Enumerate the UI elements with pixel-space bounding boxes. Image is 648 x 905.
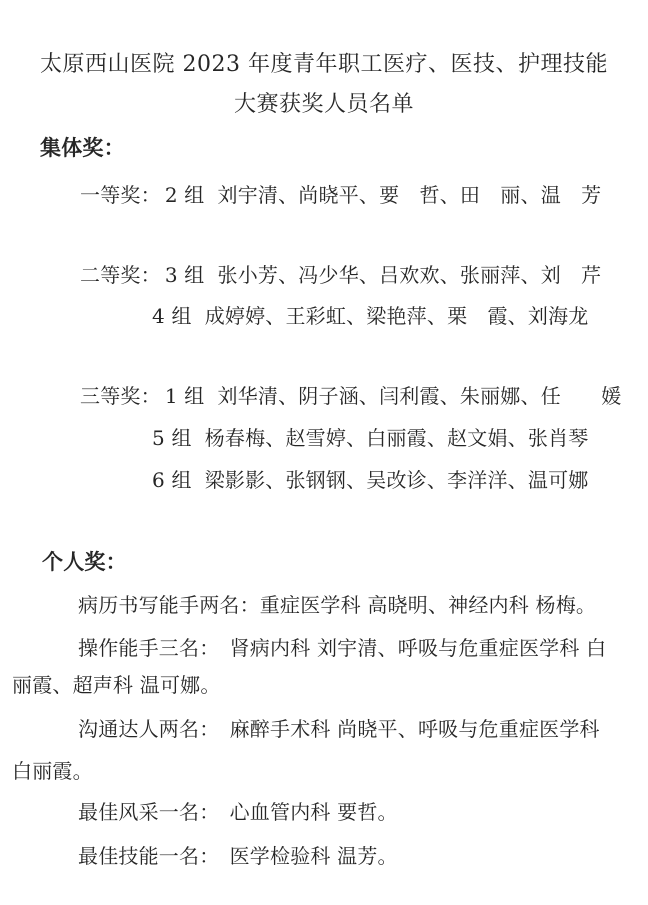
group-number: 5 组 xyxy=(152,426,192,450)
collective-award-row: 6 组梁影影、张钢钢、吴改诊、李洋洋、温可娜 xyxy=(152,467,589,493)
group-number: 4 组 xyxy=(152,304,192,328)
winner-names: 张小芳、冯少华、吕欢欢、张丽萍、刘 芹 xyxy=(218,263,602,287)
collective-award-row: 5 组杨春梅、赵雪婷、白丽霞、赵文娟、张肖琴 xyxy=(152,425,589,451)
group-number: 6 组 xyxy=(152,468,192,492)
collective-award-row: 一等奖：2 组刘宇清、尚晓平、要 哲、田 丽、温 芳 xyxy=(80,182,601,208)
winner-names: 刘华清、阴子涵、闫利霞、朱丽娜、任 媛 xyxy=(218,384,622,408)
document-title-line2: 大赛获奖人员名单 xyxy=(0,92,648,118)
group-number: 1 组 xyxy=(165,384,205,408)
document-title-line1: 太原西山医院 2023 年度青年职工医疗、医技、护理技能 xyxy=(0,52,648,78)
individual-award-line: 病历书写能手两名：重症医学科 高晓明、神经内科 杨梅。 xyxy=(78,592,596,618)
section-heading-individual: 个人奖： xyxy=(42,549,127,575)
collective-award-row: 二等奖：3 组张小芳、冯少华、吕欢欢、张丽萍、刘 芹 xyxy=(80,262,601,288)
individual-award-line: 最佳技能一名： 医学检验科 温芳。 xyxy=(78,843,398,869)
winner-names: 杨春梅、赵雪婷、白丽霞、赵文娟、张肖琴 xyxy=(205,426,589,450)
individual-award-line: 沟通达人两名： 麻醉手术科 尚晓平、呼吸与危重症医学科 xyxy=(78,716,600,742)
winner-names: 成婷婷、王彩虹、梁艳萍、栗 霞、刘海龙 xyxy=(205,304,589,328)
individual-award-line: 操作能手三名： 肾病内科 刘宇清、呼吸与危重症医学科 白 xyxy=(78,635,606,661)
winner-names: 梁影影、张钢钢、吴改诊、李洋洋、温可娜 xyxy=(205,468,589,492)
individual-award-line-wrap: 丽霞、超声科 温可娜。 xyxy=(12,672,221,698)
winner-names: 刘宇清、尚晓平、要 哲、田 丽、温 芳 xyxy=(218,183,602,207)
individual-award-line: 最佳风采一名： 心血管内科 要哲。 xyxy=(78,799,398,825)
document-page: 太原西山医院 2023 年度青年职工医疗、医技、护理技能 大赛获奖人员名单 集体… xyxy=(0,0,648,905)
prize-level-label: 一等奖： xyxy=(80,183,161,207)
collective-award-row: 三等奖：1 组刘华清、阴子涵、闫利霞、朱丽娜、任 媛 xyxy=(80,383,622,409)
group-number: 3 组 xyxy=(165,263,205,287)
section-heading-collective: 集体奖： xyxy=(40,135,125,161)
prize-level-label: 二等奖： xyxy=(80,263,161,287)
individual-award-line-wrap: 白丽霞。 xyxy=(12,758,93,784)
prize-level-label: 三等奖： xyxy=(80,384,161,408)
group-number: 2 组 xyxy=(165,183,205,207)
collective-award-row: 4 组成婷婷、王彩虹、梁艳萍、栗 霞、刘海龙 xyxy=(152,303,589,329)
